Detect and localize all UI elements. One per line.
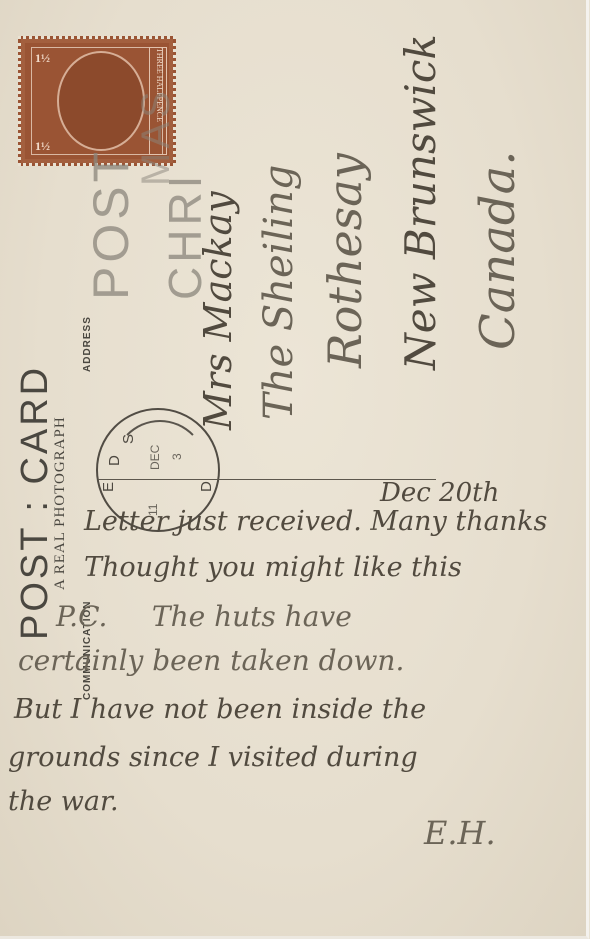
postcard-title: POST : CARD [14,365,57,640]
postmark-year: 3 [170,453,184,460]
machine-cancel-post: POST [82,148,140,300]
address-line-3: Rothesay [318,153,372,368]
machine-cancel-extra: MAS [134,87,179,186]
address-line-5: Canada. [470,151,526,350]
postcard: 1½ 1½ THREE HALFPENCE POST CHRI MAS POST… [0,0,589,939]
message-line-2: Thought you might like this [84,552,462,583]
message-line-7: the war. [8,786,119,817]
address-label: ADDRESS [82,316,93,372]
message-line-6: grounds since I visited during [8,742,418,773]
message-line-3: P.C. The huts have [56,600,352,633]
postmark-letter: D [198,481,215,492]
address-line-4: New Brunswick [396,34,445,370]
message-date: Dec 20th [380,478,499,508]
postmark-month: DEC [148,445,162,470]
address-line-1: Mrs Mackay [196,191,240,430]
postmark-letter: S [120,434,137,444]
stamp-portrait [57,51,145,151]
message-line-5: But I have not been inside the [14,694,426,725]
postcard-subtitle: A REAL PHOTOGRAPH [52,416,69,590]
postmark-letter: D [106,455,123,466]
message-line-4: certainly been taken down. [18,644,404,677]
address-line-2: The Sheiling [256,165,302,420]
stamp-denomination-top: 1½ [35,51,50,66]
postmark-letter: E [100,482,117,492]
stamp-denomination-bottom: 1½ [35,139,50,154]
message-line-1: Letter just received. Many thanks [84,506,547,537]
signature: E.H. [424,814,496,852]
